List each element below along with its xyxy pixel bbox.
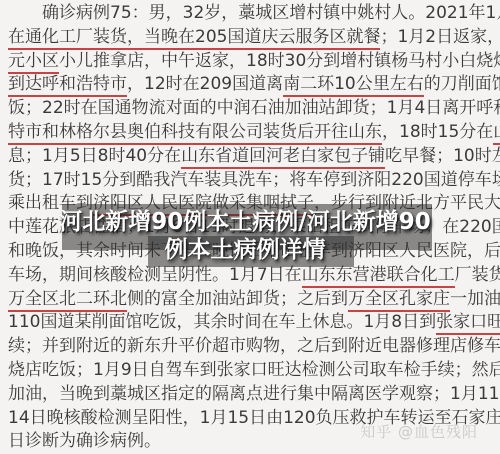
text-segment: 日诊断为确诊病例。 <box>8 431 161 451</box>
text-segment: ，12时在209国道离 <box>127 74 283 94</box>
text-segment: 确诊病例75：男，32岁，藁城区增村镇中姚村人。2021年1月1日自驾货车到 <box>42 3 500 23</box>
text-segment: 一加油站加油；22时11分在 <box>450 289 500 309</box>
highlighted-phrase: 南二环10公里左右 <box>283 74 424 97</box>
text-segment: 吃早餐；10时左右到 <box>385 146 500 166</box>
article-line: 在通化工厂装货，当晚在205国道庆云服务区就餐；1月2日返家，后自驾车到长安区奥… <box>8 26 493 50</box>
text-segment: 小儿推拿店，中午返家，18时30分到增村镇杨马村小白烧烤用餐；1月3日自驾 <box>59 51 500 71</box>
text-segment: 加油，当晚到藁城区指定的隔离点进行集中隔离医学观察；1月11日核酸检测呈阴性；1… <box>8 384 500 404</box>
highlighted-phrase: 山西官堡服务区 <box>493 122 500 145</box>
article-page: 确诊病例75：男，32岁，藁城区增村镇中姚村人。2021年1月1日自驾货车到山东… <box>0 0 500 454</box>
text-segment: 饭；22时在国通物流对面的中润石油加油站卸货；1月4日离开呼和浩特市，13时到呼… <box>8 98 500 118</box>
highlighted-phrase: 万全区孔家庄 <box>348 289 450 312</box>
watermark: 知乎 @血色残阳 <box>360 421 478 442</box>
article-line: 110国道某削面馆吃饭，其余时间在车上休息。1月8日到张家口旺达检测公司办理车检… <box>8 311 493 335</box>
article-line: 货；17时15分到酷我汽车装具洗车；将车停到济阳220国道停车场，并在回民饭店吃… <box>8 169 493 193</box>
highlighted-phrase: 张家口旺达检测公司 <box>436 312 500 335</box>
text-segment: ，18时15分在 <box>382 122 493 142</box>
highlighted-phrase: 特市和林格尔县奥伯科技有限公司装货后开往山东 <box>8 122 382 145</box>
article-line: 烧店吃饭；1月9日自驾车到张家口旺达检测公司取车检手续；然后到万全区六洋化加油站 <box>8 359 493 383</box>
article-line: 续；并到附近的新东升平价超市购物，之后到附近电器修理店修车；中午在附近的驴肉火 <box>8 335 493 359</box>
text-segment: 烧店吃饭；1月9日自驾车到张家口旺达检测公司取车检手续；然后到万全区六洋化加油站 <box>8 360 500 380</box>
article-line: 到达呼和浩特市，12时在209国道离南二环10公里左右的刀削面馆用餐；20时同店… <box>8 73 493 97</box>
text-segment: 侧的富全加油站卸货；之后到 <box>127 289 348 309</box>
article-line: 特市和林格尔县奥伯科技有限公司装货后开往山东，18时15分在山西官堡服务区吃饭休 <box>8 121 493 145</box>
highlighted-phrase: 在通化工厂装货，当晚在205国道庆云服务区就餐 <box>8 27 380 50</box>
overlay-title-line2: 例本土病例详情 <box>58 237 432 263</box>
article-line: 加油，当晚到藁城区指定的隔离点进行集中隔离医学观察；1月11日核酸检测呈阴性；1… <box>8 383 493 407</box>
highlighted-phrase: 山东省道回河老白家包子铺 <box>181 146 385 169</box>
text-segment: ；1月2日返家，后 <box>380 27 500 47</box>
text-segment: 110国道某削面馆吃饭，其余时间在车上休息。1月8日到 <box>8 312 436 332</box>
text-segment: 息；1月5日8时40分在 <box>8 146 181 166</box>
article-line: 元小区小儿推拿店，中午返家，18时30分到增村镇杨马村小白烧烤用餐；1月3日自驾… <box>8 50 493 74</box>
highlighted-phrase: 到达呼和浩特市 <box>8 74 127 97</box>
text-segment: 续；并到附近的新东升平价超市购物，之后到附近电器修理店修车；中午在附近的驴肉火 <box>8 336 500 356</box>
text-segment: 车场，期间核酸检测呈阴性。1月7日在 <box>8 265 302 285</box>
text-segment: 厂装货；18时45分到 <box>455 265 500 285</box>
highlighted-phrase: 万全区北二环北 <box>8 289 127 312</box>
article-line: 确诊病例75：男，32岁，藁城区增村镇中姚村人。2021年1月1日自驾货车到山东… <box>8 2 493 26</box>
article-line: 息；1月5日8时40分在山东省道回河老白家包子铺吃早餐；10时左右到山东圣泉公司… <box>8 145 493 169</box>
article-line: 车场，期间核酸检测呈阴性。1月7日在山东东营港联合化工厂装货；18时45分到张家… <box>8 264 493 288</box>
article-line: 万全区北二环北侧的富全加油站卸货；之后到万全区孔家庄一加油站加油；22时11分在 <box>8 288 493 312</box>
highlighted-phrase: 元小区 <box>8 51 59 74</box>
highlighted-phrase: 山东东营港联合化工 <box>302 265 455 288</box>
text-segment: 货；17时15分到酷我汽车装具洗车；将车停到济阳220国道停车场，并在回民饭店吃… <box>8 170 500 190</box>
text-segment: 的刀削面馆用餐；20时同店吃晚 <box>424 74 500 94</box>
article-line: 饭；22时在国通物流对面的中润石油加油站卸货；1月4日离开呼和浩特市，13时到呼… <box>8 97 493 121</box>
overlay-title-line1: 河北新增90例本土病例/河北新增90 <box>58 209 432 235</box>
